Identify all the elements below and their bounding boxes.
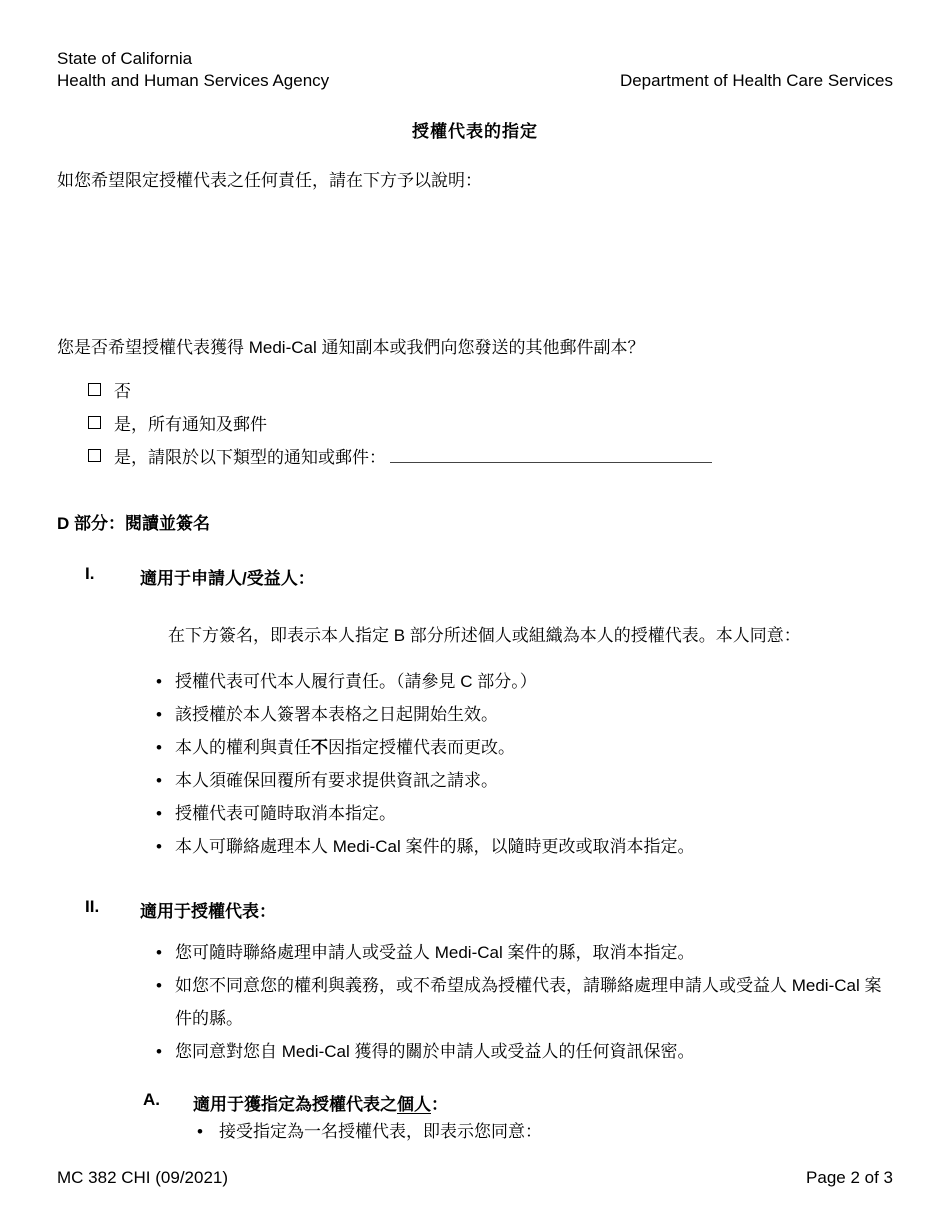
bullet-text: 您可隨時聯絡處理申請人或受益人 Medi-Cal 案件的縣，取消本指定。: [175, 936, 893, 969]
bullet-icon: [156, 698, 175, 731]
form-number: MC 382 CHI (09/2021): [57, 1168, 228, 1188]
bullet-text: 授權代表可代本人履行責任。（請參見 C 部分。）: [175, 665, 893, 698]
state-line: State of California: [57, 48, 329, 70]
page-number: Page 2 of 3: [806, 1168, 893, 1188]
department-line: Department of Health Care Services: [620, 70, 893, 92]
bullet-icon: [156, 936, 175, 969]
part-1-bullet-list: 授權代表可代本人履行責任。（請參見 C 部分。） 該授權於本人簽署本表格之日起開…: [156, 665, 893, 863]
part-a-heading-underlined: 個人: [397, 1095, 431, 1114]
list-item: 授權代表可隨時取消本指定。: [156, 797, 893, 830]
part-a-heading-suffix: ：: [431, 1095, 448, 1114]
bullet-text: 本人可聯絡處理本人 Medi-Cal 案件的縣，以隨時更改或取消本指定。: [175, 830, 893, 863]
limit-write-in-area[interactable]: [57, 193, 893, 336]
part-a-letter: A.: [143, 1090, 193, 1115]
part-1-number: I.: [85, 564, 140, 589]
bullet-text-suffix: 因指定授權代表而更改。: [328, 738, 515, 757]
part-2-bullet-list: 您可隨時聯絡處理申請人或受益人 Medi-Cal 案件的縣，取消本指定。 如您不…: [156, 936, 893, 1068]
part-a-bullet-list: 接受指定為一名授權代表，即表示您同意：: [197, 1115, 893, 1148]
part-2-heading-text: 適用于授權代表：: [140, 897, 276, 922]
part-a-heading: A. 適用于獲指定為授權代表之個人：: [143, 1090, 893, 1115]
checkbox-yes-limited-icon[interactable]: [88, 449, 101, 462]
bullet-text: 如您不同意您的權利與義務，或不希望成為授權代表，請聯絡處理申請人或受益人 Med…: [175, 969, 893, 1035]
part-a-heading-text: 適用于獲指定為授權代表之個人：: [193, 1090, 448, 1115]
mail-option-yes-limited-label: 是，請限於以下類型的通知或郵件：: [114, 443, 386, 468]
list-item: 接受指定為一名授權代表，即表示您同意：: [197, 1115, 893, 1148]
list-item: 該授權於本人簽署本表格之日起開始生效。: [156, 698, 893, 731]
bullet-text: 該授權於本人簽署本表格之日起開始生效。: [175, 698, 893, 731]
mail-option-yes-all: 是，所有通知及郵件: [88, 406, 893, 439]
bullet-text: 您同意對您自 Medi-Cal 獲得的關於申請人或受益人的任何資訊保密。: [175, 1035, 893, 1068]
part-2-number: II.: [85, 897, 140, 922]
limit-instruction-text: 如您希望限定授權代表之任何責任，請在下方予以說明：: [57, 169, 893, 193]
bullet-icon: [156, 969, 175, 1035]
mail-option-no: 否: [88, 373, 893, 406]
page-title: 授權代表的指定: [57, 117, 893, 142]
bullet-icon: [156, 797, 175, 830]
bullet-text-bold: 不: [311, 738, 328, 757]
bullet-icon: [156, 731, 175, 764]
bullet-icon: [156, 665, 175, 698]
mail-option-yes-limited: 是，請限於以下類型的通知或郵件：: [88, 439, 893, 472]
section-d-part-2: II. 適用于授權代表： 您可隨時聯絡處理申請人或受益人 Medi-Cal 案件…: [85, 897, 893, 1068]
mail-types-blank-field[interactable]: [390, 449, 712, 463]
form-page: State of California Health and Human Ser…: [0, 0, 950, 1230]
section-d-part-a: A. 適用于獲指定為授權代表之個人： 接受指定為一名授權代表，即表示您同意：: [143, 1090, 893, 1148]
section-d-heading: D 部分：閱讀並簽名: [57, 509, 893, 534]
header-left: State of California Health and Human Ser…: [57, 48, 329, 92]
bullet-text: 本人須確保回覆所有要求提供資訊之請求。: [175, 764, 893, 797]
list-item: 本人須確保回覆所有要求提供資訊之請求。: [156, 764, 893, 797]
section-d-part-1: I. 適用于申請人/受益人： 在下方簽名，即表示本人指定 B 部分所述個人或組織…: [85, 564, 893, 863]
list-item: 如您不同意您的權利與義務，或不希望成為授權代表，請聯絡處理申請人或受益人 Med…: [156, 969, 893, 1035]
page-footer: MC 382 CHI (09/2021) Page 2 of 3: [57, 1168, 893, 1188]
bullet-text-prefix: 本人的權利與責任: [175, 738, 311, 757]
list-item: 授權代表可代本人履行責任。（請參見 C 部分。）: [156, 665, 893, 698]
checkbox-no-icon[interactable]: [88, 383, 101, 396]
checkbox-yes-all-icon[interactable]: [88, 416, 101, 429]
mail-options-list: 否 是，所有通知及郵件 是，請限於以下類型的通知或郵件：: [88, 373, 893, 472]
bullet-text: 授權代表可隨時取消本指定。: [175, 797, 893, 830]
bullet-text: 接受指定為一名授權代表，即表示您同意：: [219, 1115, 542, 1148]
mail-option-yes-all-label: 是，所有通知及郵件: [114, 410, 267, 435]
list-item: 您可隨時聯絡處理申請人或受益人 Medi-Cal 案件的縣，取消本指定。: [156, 936, 893, 969]
mail-copies-question: 您是否希望授權代表獲得 Medi-Cal 通知副本或我們向您發送的其他郵件副本？: [57, 336, 893, 360]
page-header: State of California Health and Human Ser…: [57, 48, 893, 92]
mail-option-no-label: 否: [114, 377, 131, 402]
bullet-icon: [156, 830, 175, 863]
part-1-heading: I. 適用于申請人/受益人：: [85, 564, 893, 589]
bullet-text: 本人的權利與責任不因指定授權代表而更改。: [175, 731, 893, 764]
list-item: 本人可聯絡處理本人 Medi-Cal 案件的縣，以隨時更改或取消本指定。: [156, 830, 893, 863]
part-1-intro-text: 在下方簽名，即表示本人指定 B 部分所述個人或組織為本人的授權代表。本人同意：: [168, 619, 893, 652]
agency-line: Health and Human Services Agency: [57, 70, 329, 92]
bullet-icon: [156, 764, 175, 797]
list-item: 您同意對您自 Medi-Cal 獲得的關於申請人或受益人的任何資訊保密。: [156, 1035, 893, 1068]
bullet-icon: [156, 1035, 175, 1068]
part-a-heading-prefix: 適用于獲指定為授權代表之: [193, 1095, 397, 1114]
part-2-heading: II. 適用于授權代表：: [85, 897, 893, 922]
bullet-icon: [197, 1115, 219, 1148]
part-1-heading-text: 適用于申請人/受益人：: [140, 564, 315, 589]
list-item: 本人的權利與責任不因指定授權代表而更改。: [156, 731, 893, 764]
